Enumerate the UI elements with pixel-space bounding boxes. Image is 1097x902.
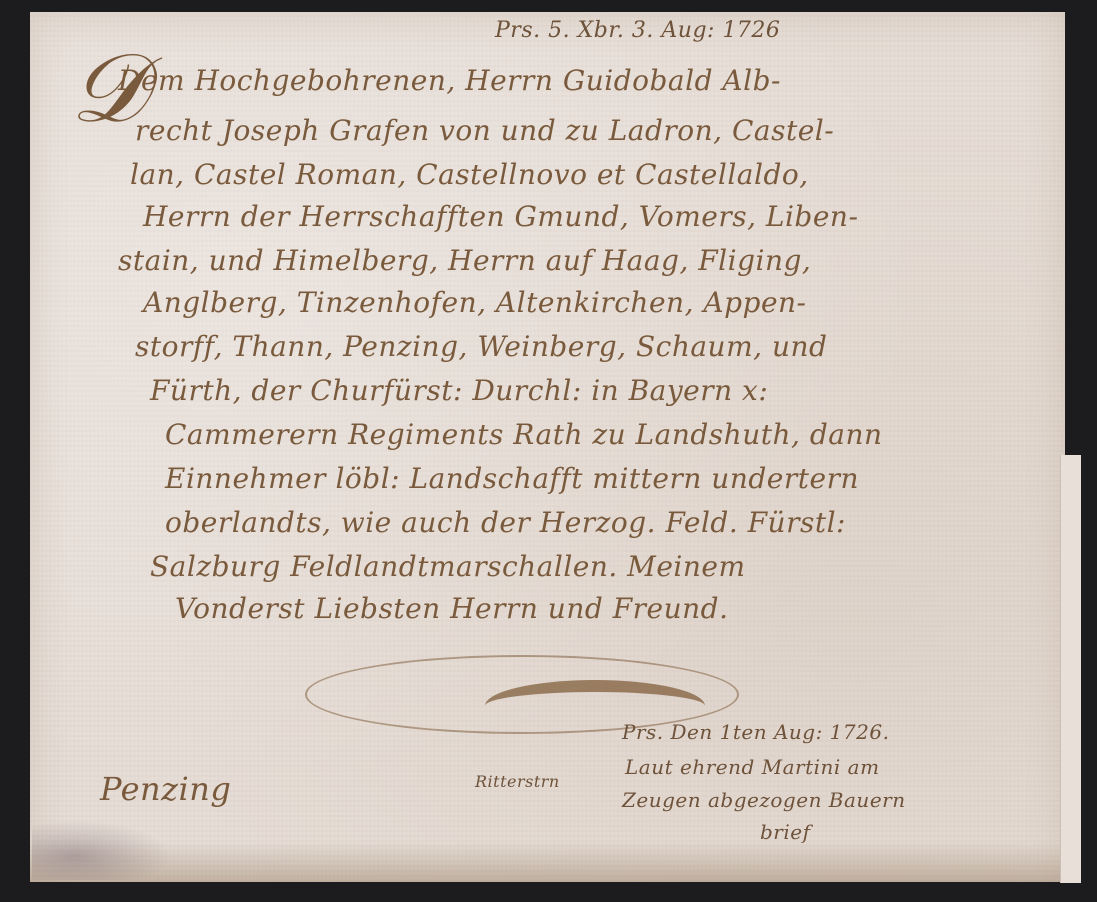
receipt-note-line-1: Prs. Den 1ten Aug: 1726. bbox=[622, 720, 889, 744]
address-line-3: lan, Castel Roman, Castellnovo et Castel… bbox=[130, 158, 809, 191]
address-line-13: Vonderst Liebsten Herrn und Freund. bbox=[175, 592, 728, 625]
address-line-9: Cammerern Regiments Rath zu Landshuth, d… bbox=[165, 418, 883, 451]
address-line-5: stain, und Himelberg, Herrn auf Haag, Fl… bbox=[118, 244, 811, 277]
address-line-10: Einnehmer löbl: Landschafft mittern unde… bbox=[165, 462, 859, 495]
folded-paper-edge bbox=[1060, 455, 1081, 883]
address-line-2: recht Joseph Grafen von und zu Ladron, C… bbox=[135, 114, 834, 147]
receipt-note-line-2: Laut ehrend Martini am bbox=[625, 755, 880, 779]
address-line-1: Dem Hochgebohrenen, Herrn Guidobald Alb- bbox=[118, 64, 781, 97]
address-line-11: oberlandts, wie auch der Herzog. Feld. F… bbox=[165, 506, 846, 539]
receipt-note-line-4: brief bbox=[760, 820, 811, 844]
address-line-4: Herrn der Herrschafften Gmund, Vomers, L… bbox=[143, 200, 858, 233]
paper-stain bbox=[32, 820, 172, 880]
address-line-7: storff, Thann, Penzing, Weinberg, Schaum… bbox=[135, 330, 827, 363]
address-line-6: Anglberg, Tinzenhofen, Altenkirchen, App… bbox=[143, 286, 807, 319]
receipt-note-line-3: Zeugen abgezogen Bauern bbox=[622, 788, 906, 812]
side-note: Ritterstrn bbox=[475, 772, 560, 791]
address-line-12: Salzburg Feldlandtmarschallen. Meinem bbox=[150, 550, 746, 583]
address-line-8: Fürth, der Churfürst: Durchl: in Bayern … bbox=[150, 374, 768, 407]
docket-date: Prs. 5. Xbr. 3. Aug: 1726 bbox=[495, 18, 780, 43]
place-name: Penzing bbox=[100, 770, 231, 808]
